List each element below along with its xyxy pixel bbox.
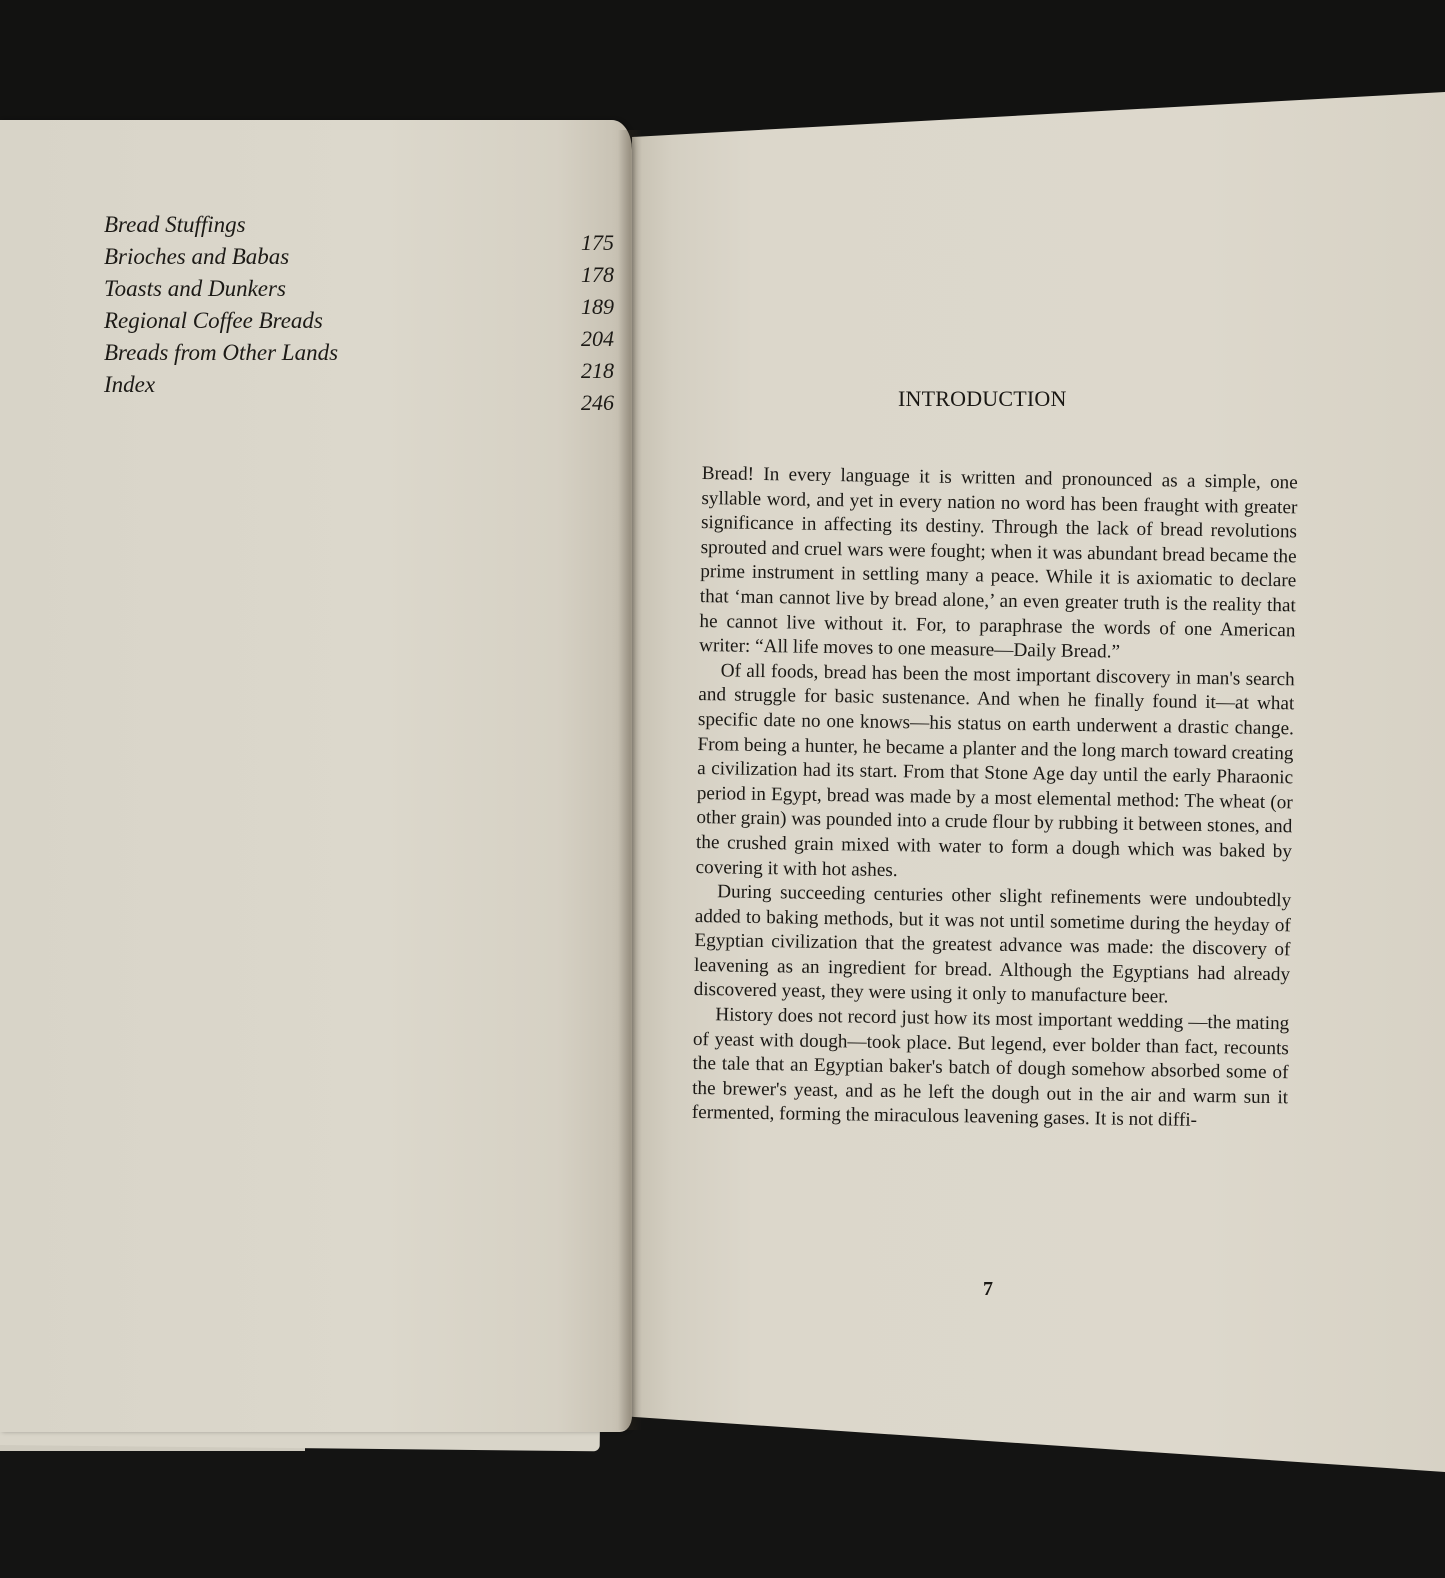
body-text: Bread! In every language it is written a… <box>692 462 1298 1135</box>
toc-entry: Toasts and Dunkers 189 <box>104 276 614 308</box>
chapter-heading: INTRODUCTION <box>898 386 1067 412</box>
toc-entry-title: Bread Stuffings <box>104 212 246 238</box>
toc-entry-title: Toasts and Dunkers <box>104 276 286 302</box>
toc-entry-title: Breads from Other Lands <box>104 340 338 366</box>
page-number: 7 <box>983 1278 993 1301</box>
toc-entry: Index 246 <box>104 372 614 404</box>
toc-entry: Regional Coffee Breads 204 <box>104 308 614 340</box>
toc-entry: Bread Stuffings 175 <box>104 212 614 244</box>
paragraph: Bread! In every language it is written a… <box>699 462 1298 668</box>
toc-entry: Breads from Other Lands 218 <box>104 340 614 372</box>
toc-entry-title: Brioches and Babas <box>104 244 289 270</box>
paragraph: History does not record just how its mos… <box>692 1003 1290 1135</box>
toc-entry-title: Regional Coffee Breads <box>104 308 323 334</box>
toc-entry: Brioches and Babas 178 <box>104 244 614 276</box>
paragraph: During succeeding centuries other slight… <box>694 880 1292 1012</box>
toc-entry-page: 246 <box>581 390 614 416</box>
gutter-shadow <box>618 130 642 1430</box>
table-of-contents: Bread Stuffings 175 Brioches and Babas 1… <box>104 212 614 404</box>
paragraph: Of all foods, bread has been the most im… <box>695 659 1294 890</box>
toc-entry-title: Index <box>104 372 155 398</box>
